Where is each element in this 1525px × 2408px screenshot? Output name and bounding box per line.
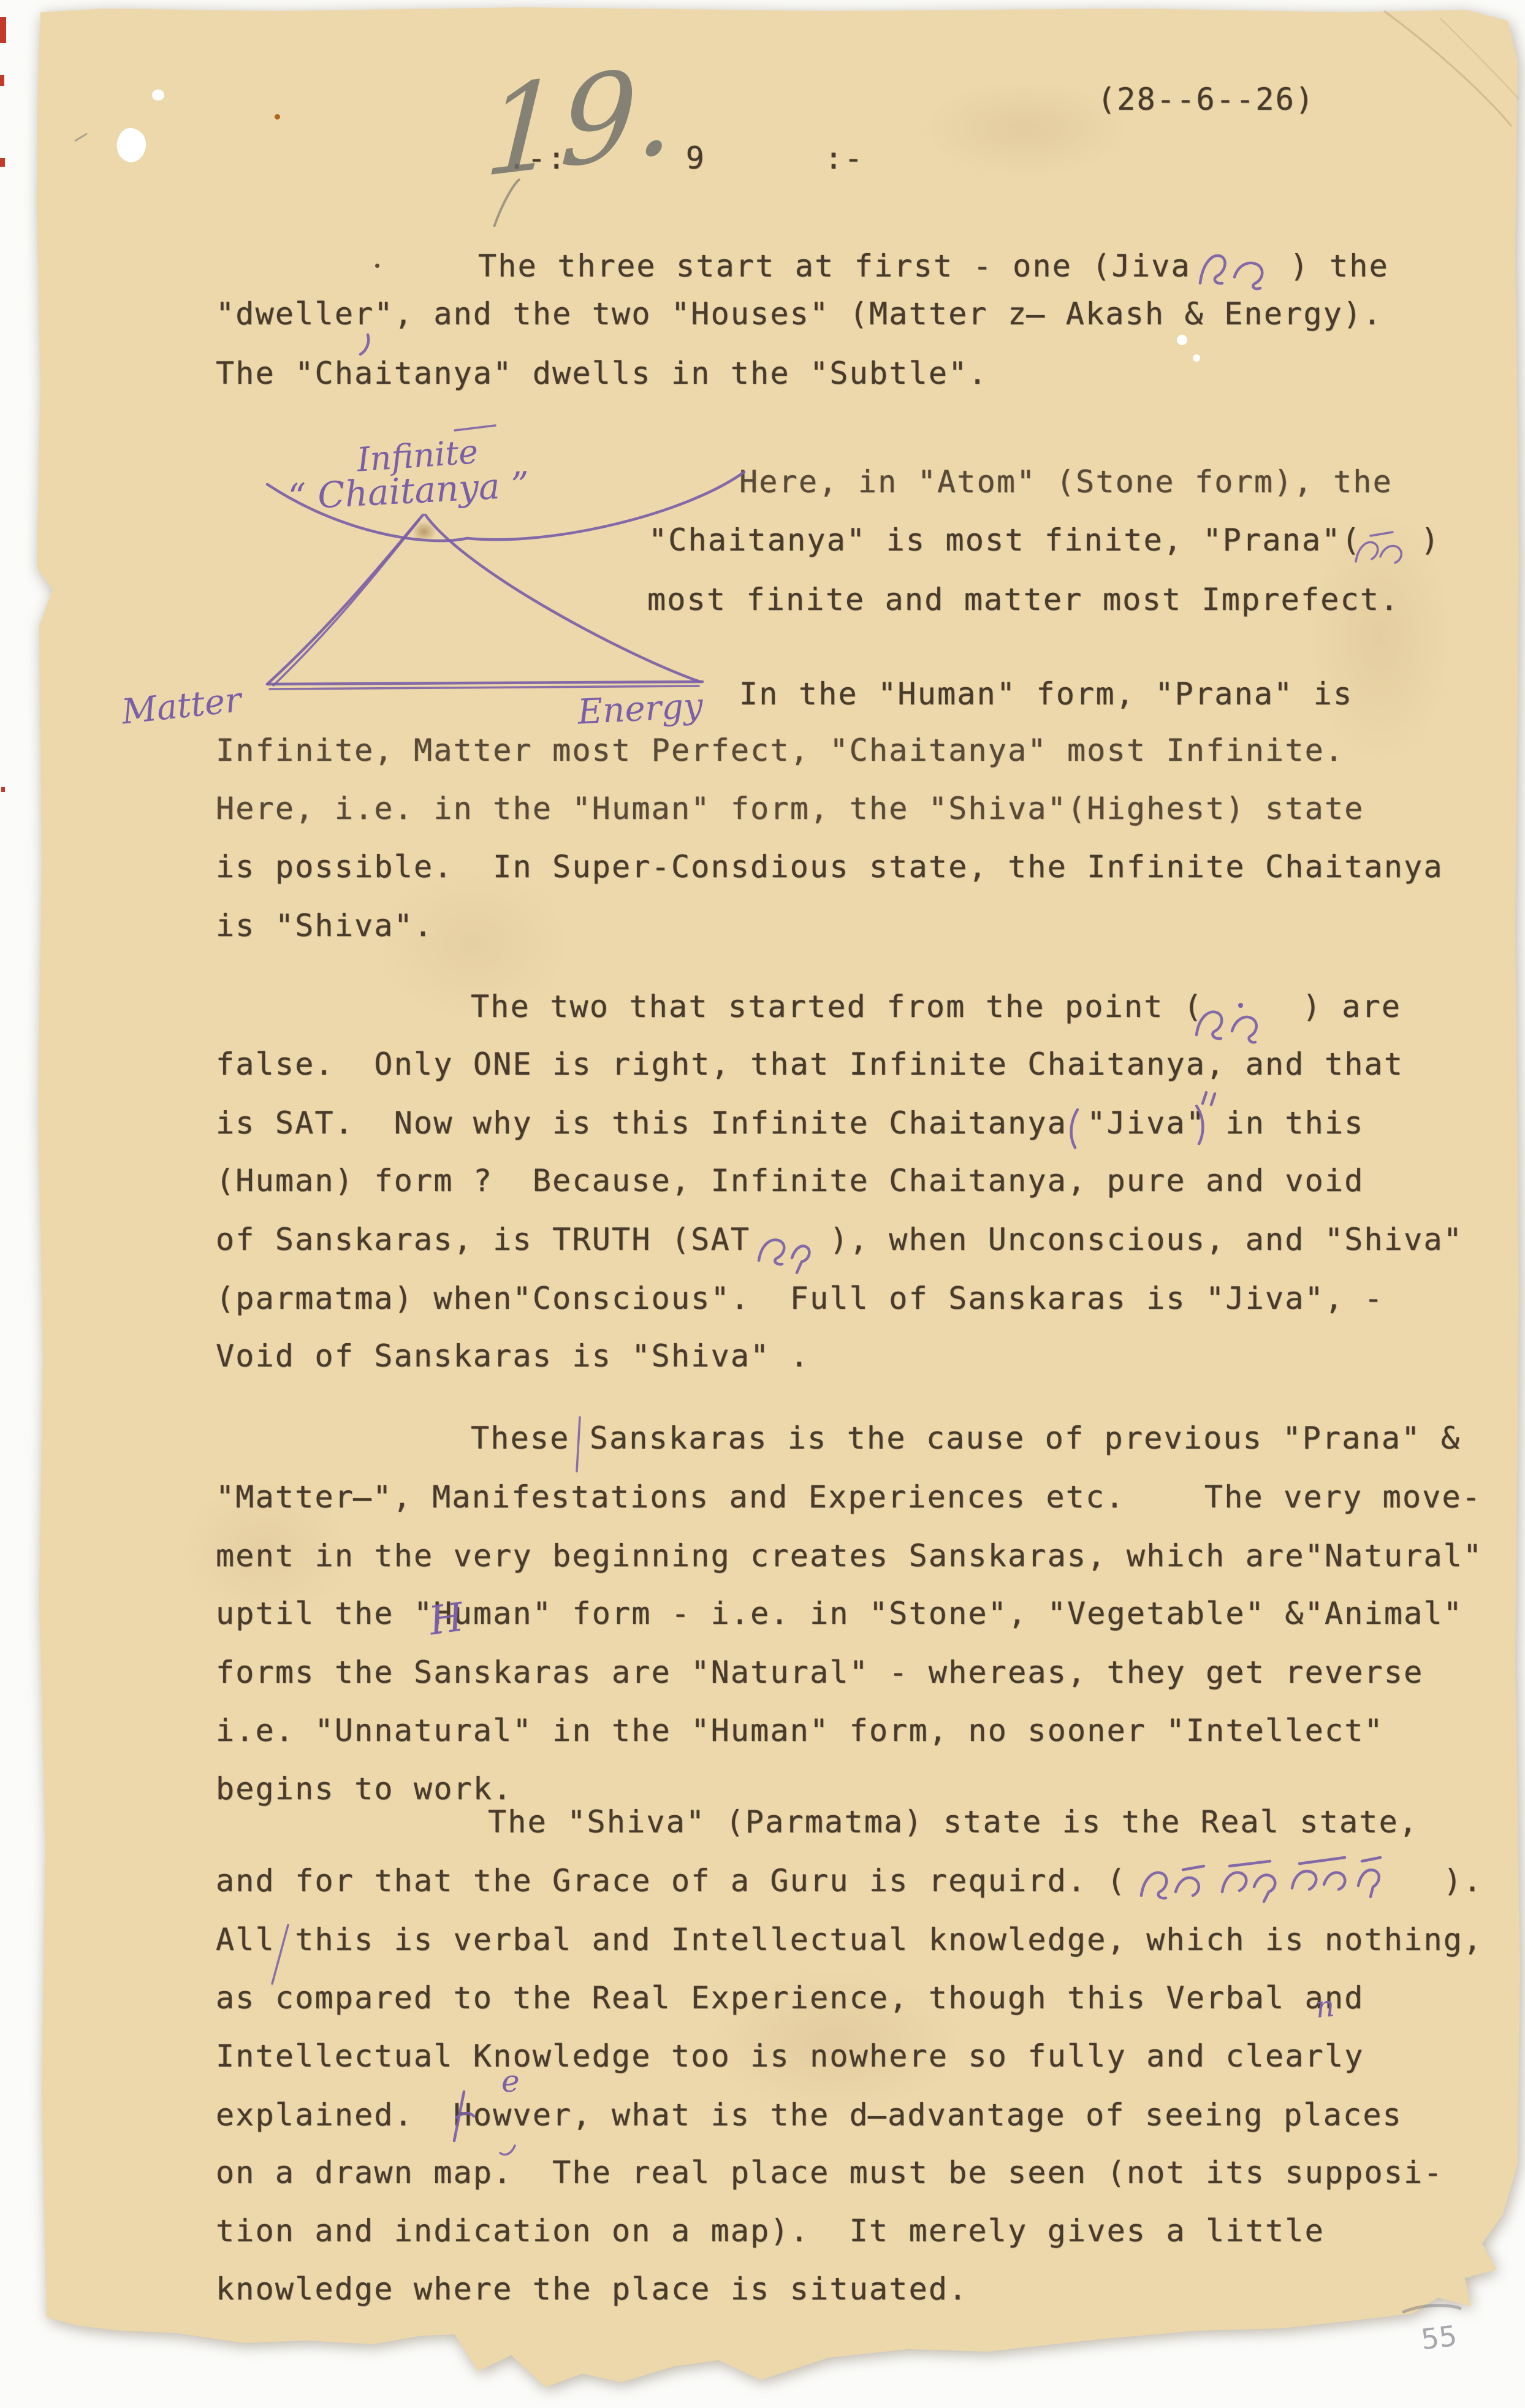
typed-line: most finite and matter most Imprefect. [647, 584, 1400, 615]
red-edge-mark [1, 787, 5, 792]
typed-line: Infinite, Matter most Perfect, "Chaitany… [216, 734, 1344, 766]
typed-line: In the "Human" form, "Prana" is [739, 678, 1353, 710]
typed-line: Here, i.e. in the "Human" form, the "Shi… [216, 793, 1364, 825]
paper-hole [1193, 354, 1200, 362]
typed-line: The "Chaitanya" dwells in the "Subtle". [216, 357, 988, 389]
typed-line: The three start at first - one (Jiva ) t… [478, 250, 1389, 282]
typed-line: Void of Sanskaras is "Shiva" . [216, 1340, 810, 1372]
red-edge-mark [0, 75, 4, 86]
typed-line: is possible. In Super-Consdious state, t… [216, 851, 1443, 883]
typed-line: knowledge where the place is situated. [216, 2273, 968, 2305]
stain [412, 521, 436, 542]
typed-line: as compared to the Real Experience, thou… [216, 1982, 1364, 2014]
typed-line: is "Shiva". [216, 910, 433, 942]
typed-line: "Chaitanya" is most finite, "Prana"( ) [648, 524, 1440, 556]
typed-line: ment in the very beginning creates Sansk… [216, 1540, 1483, 1572]
typed-line: (Human) form ? Because, Infinite Chaitan… [216, 1165, 1364, 1197]
paper-hole [112, 124, 151, 166]
red-edge-mark [0, 17, 6, 43]
typed-line: All this is verbal and Intellectual know… [216, 1924, 1483, 1956]
page-header: .-: 9 :- [508, 142, 864, 174]
typed-line: These Sanskaras is the cause of previous… [471, 1422, 1461, 1454]
typed-line: Intellectual Knowledge too is nowhere so… [216, 2040, 1364, 2072]
ink-speck [275, 114, 280, 120]
typed-line: The "Shiva" (Parmatma) state is the Real… [488, 1806, 1418, 1838]
paper-hole [1177, 335, 1187, 345]
date: (28--6--26) [1097, 83, 1315, 115]
typed-line: and for that the Grace of a Guru is requ… [216, 1865, 1483, 1897]
typed-line: Here, in "Atom" (Stone form), the [739, 466, 1393, 498]
typed-line: false. Only ONE is right, that Infinite … [216, 1048, 1404, 1080]
typed-line: i.e. "Unnatural" in the "Human" form, no… [216, 1715, 1384, 1747]
ink-speck [375, 264, 379, 268]
paper-hole [152, 90, 164, 101]
typed-line: The two that started from the point ( ) … [471, 991, 1401, 1023]
typed-line: explained. Howver, what is the d̶advanta… [216, 2099, 1402, 2131]
typed-line: (parmatma) when"Conscious". Full of Sans… [216, 1282, 1384, 1314]
typed-line: "Matter̶", Manifestations and Experience… [216, 1481, 1481, 1513]
typed-line: tion and indication on a map). It merely… [216, 2215, 1325, 2247]
typed-line: of Sanskaras, is TRUTH (SAT ), when Unco… [216, 1224, 1463, 1255]
typed-line: begins to work. [216, 1773, 513, 1805]
red-edge-mark [0, 158, 5, 167]
typed-line: forms the Sanskaras are "Natural" - wher… [216, 1656, 1423, 1688]
typed-line: "dweller", and the two "Houses" (Matter … [216, 298, 1383, 330]
scanned-document-page: .-: 9 :- (28--6--26) The three start at … [0, 0, 1525, 2408]
typed-line: on a drawn map. The real place must be s… [216, 2157, 1443, 2189]
typed-line: is SAT. Now why is this Infinite Chaitan… [216, 1107, 1364, 1139]
typed-line: uptil the "Human" form - i.e. in "Stone"… [216, 1598, 1463, 1629]
